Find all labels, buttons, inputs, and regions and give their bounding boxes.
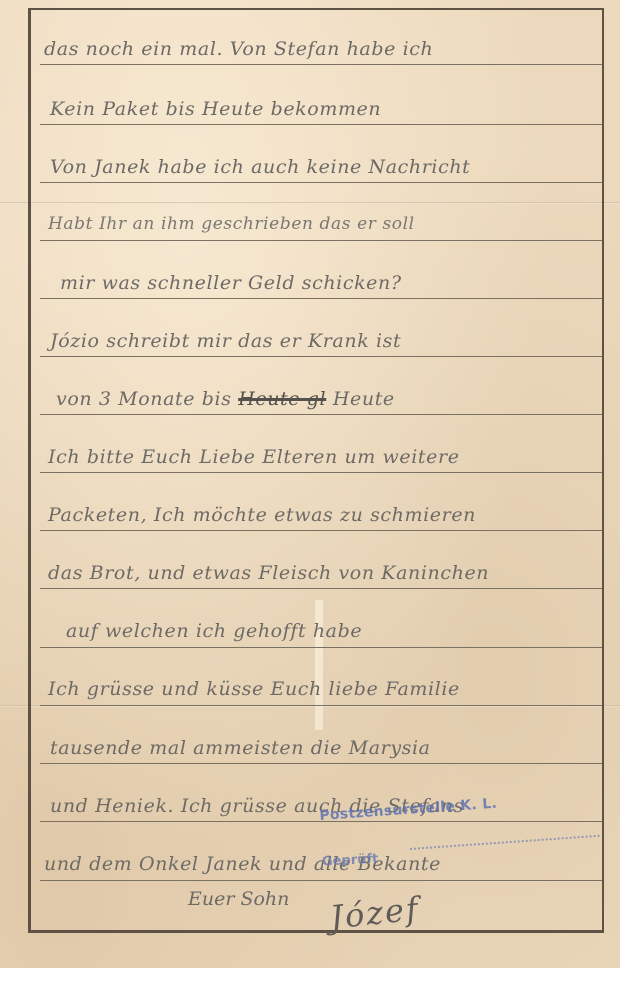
ruled-line: [40, 472, 602, 473]
ruled-line: [40, 763, 602, 764]
ruled-line: [40, 124, 602, 125]
ruled-line: [40, 880, 602, 881]
censor-stamp-checked: Geprüft: [322, 852, 379, 870]
ruled-line: [40, 588, 602, 589]
ruled-line: [40, 647, 602, 648]
letter-closing: Euer Sohn: [188, 888, 289, 910]
letter-line: tausende mal ammeisten die Marysia: [50, 737, 431, 759]
letter-line: Józio schreibt mir das er Krank ist: [50, 330, 401, 352]
letter-paper: das noch ein mal. Von Stefan habe ich Ke…: [0, 0, 620, 970]
letter-line: Habt Ihr an ihm geschrieben das er soll: [48, 214, 415, 234]
letter-line: Ich grüsse und küsse Euch liebe Familie: [48, 678, 460, 700]
letter-line: von 3 Monate bis Heute gl Heute: [56, 388, 395, 410]
ruled-line: [40, 356, 602, 357]
ruled-line: [40, 240, 602, 241]
letter-line: das noch ein mal. Von Stefan habe ich: [44, 38, 433, 60]
ruled-line: [40, 414, 602, 415]
ruled-line: [40, 64, 602, 65]
ruled-line: [40, 530, 602, 531]
ruled-line: [40, 182, 602, 183]
ruled-line: [40, 705, 602, 706]
letter-line: mir was schneller Geld schicken?: [60, 272, 402, 294]
letter-line: Ich bitte Euch Liebe Elteren um weitere: [48, 446, 460, 468]
ruled-line: [40, 298, 602, 299]
letter-line-part: von 3 Monate bis: [56, 388, 238, 410]
letter-line-part: Heute: [326, 388, 395, 410]
letter-line: Kein Paket bis Heute bekommen: [50, 98, 381, 120]
letter-line: auf welchen ich gehofft habe: [66, 620, 362, 642]
letter-line: das Brot, und etwas Fleisch von Kaninche…: [48, 562, 489, 584]
scan-background: [0, 968, 620, 981]
letter-line: Von Janek habe ich auch keine Nachricht: [50, 156, 470, 178]
letter-line: Packeten, Ich möchte etwas zu schmieren: [48, 504, 476, 526]
struck-out-text: Heute gl: [238, 388, 326, 410]
letter-line: und dem Onkel Janek und alle Bekante: [44, 853, 441, 875]
